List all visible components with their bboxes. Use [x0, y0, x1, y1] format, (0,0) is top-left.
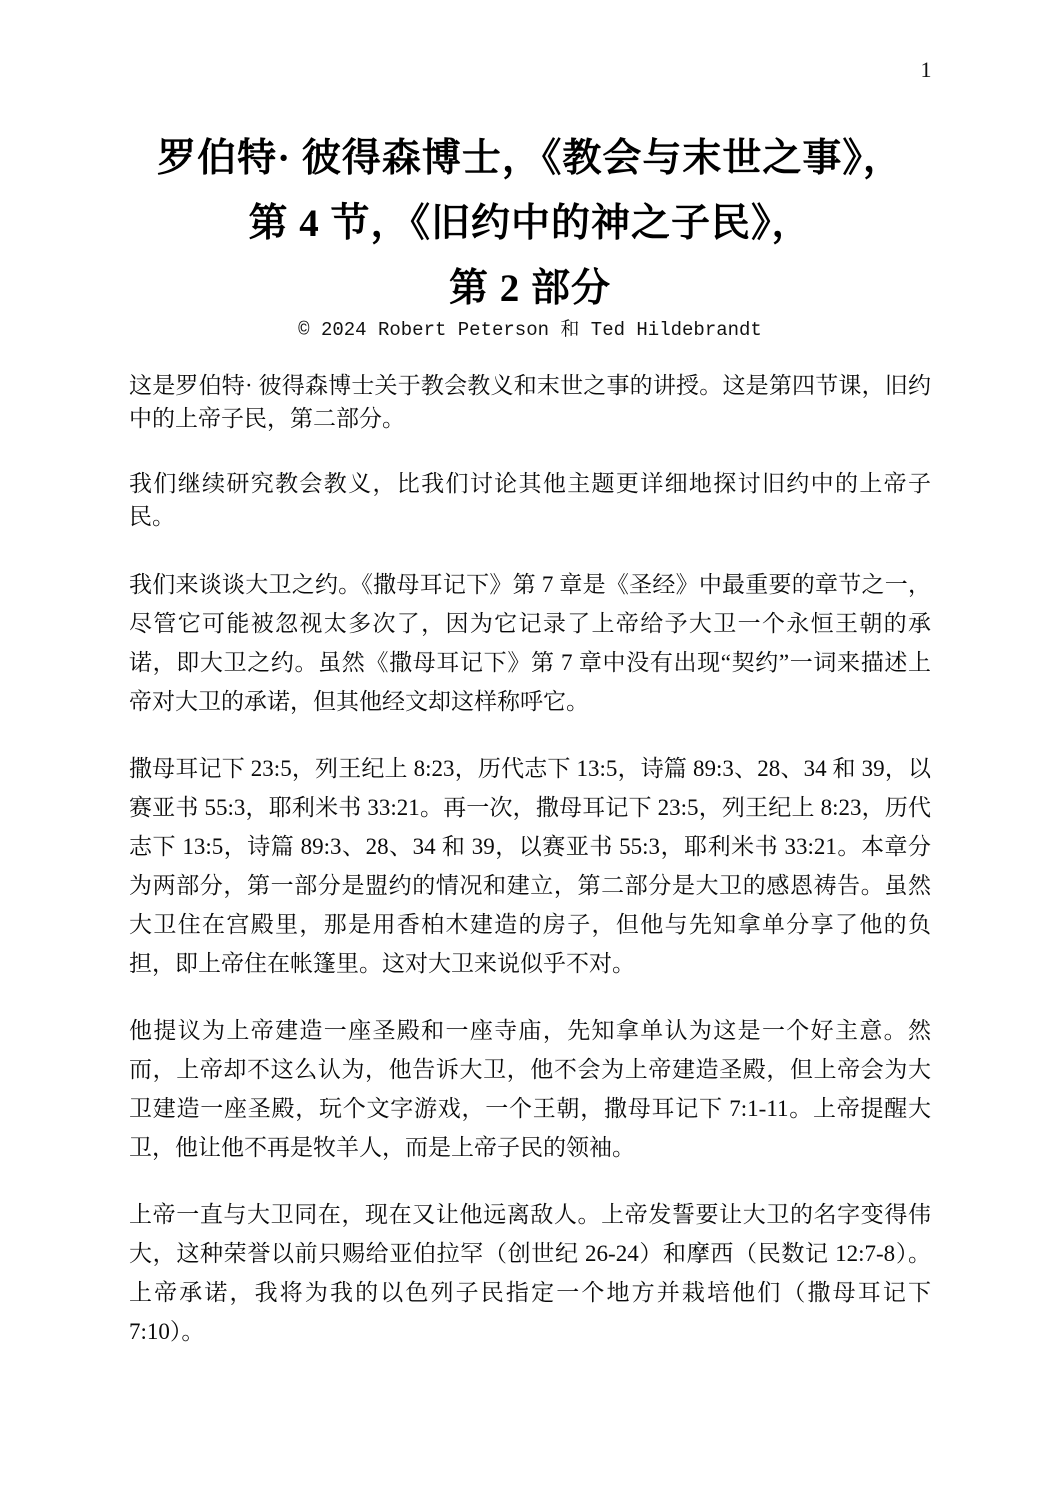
- copyright-line: © 2024 Robert Peterson 和 Ted Hildebrandt: [129, 317, 931, 343]
- document-body: 这是罗伯特· 彼得森博士关于教会教义和末世之事的讲授。这是第四节课，旧约中的上帝…: [129, 343, 931, 1351]
- title-line-1: 罗伯特· 彼得森博士，《教会与末世之事》，: [129, 126, 931, 191]
- page-content: 罗伯特· 彼得森博士，《教会与末世之事》， 第 4 节，《旧约中的神之子民》， …: [0, 0, 1058, 1351]
- page-number: 1: [916, 56, 936, 84]
- paragraph-3: 我们来谈谈大卫之约。《撒母耳记下》第 7 章是《圣经》中最重要的章节之一，尽管它…: [129, 565, 931, 721]
- document-title: 罗伯特· 彼得森博士，《教会与末世之事》， 第 4 节，《旧约中的神之子民》， …: [129, 126, 931, 321]
- paragraph-6: 上帝一直与大卫同在，现在又让他远离敌人。上帝发誓要让大卫的名字变得伟大，这种荣誉…: [129, 1195, 931, 1351]
- document-page: 1 罗伯特· 彼得森博士，《教会与末世之事》， 第 4 节，《旧约中的神之子民》…: [0, 0, 1058, 1497]
- paragraph-1: 这是罗伯特· 彼得森博士关于教会教义和末世之事的讲授。这是第四节课，旧约中的上帝…: [129, 369, 931, 435]
- paragraph-2: 我们继续研究教会教义，比我们讨论其他主题更详细地探讨旧约中的上帝子民。: [129, 467, 931, 533]
- title-line-3: 第 2 部分: [129, 256, 931, 321]
- paragraph-4: 撒母耳记下 23:5，列王纪上 8:23，历代志下 13:5，诗篇 89:3、2…: [129, 749, 931, 983]
- paragraph-5: 他提议为上帝建造一座圣殿和一座寺庙，先知拿单认为这是一个好主意。然而，上帝却不这…: [129, 1011, 931, 1167]
- title-line-2: 第 4 节，《旧约中的神之子民》，: [129, 191, 931, 256]
